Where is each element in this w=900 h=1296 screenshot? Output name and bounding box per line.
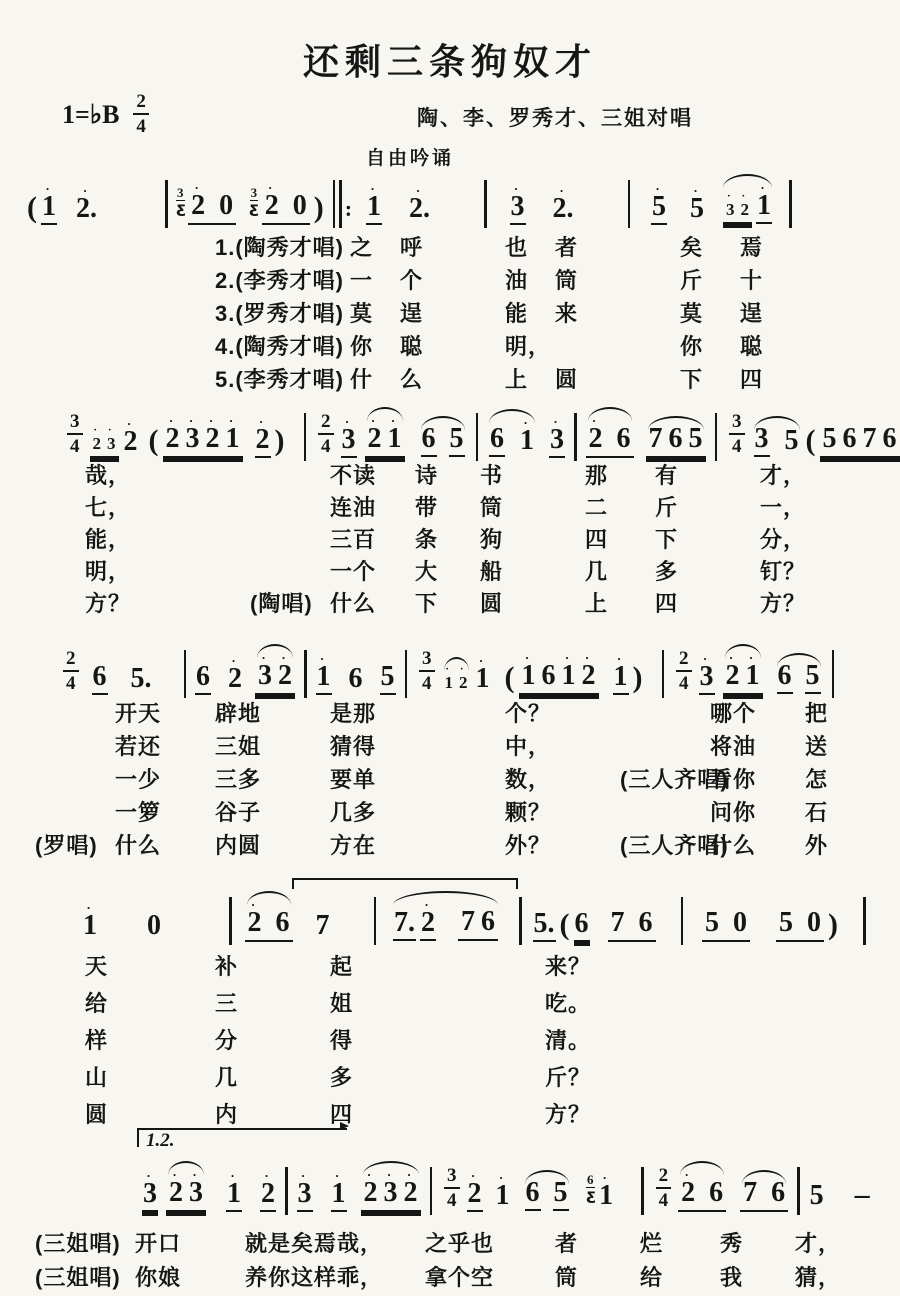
slur-arc: [723, 174, 772, 188]
spacer: [543, 1210, 551, 1211]
spacer: [760, 1208, 768, 1209]
note: ·2: [680, 1170, 696, 1209]
spacer: [155, 694, 177, 695]
lyric-cell: 钉？: [760, 561, 840, 593]
time-sig-bottom: 4: [321, 435, 331, 456]
lyric-cell: 三: [215, 993, 330, 1030]
music-text: ): [275, 426, 285, 456]
note-digit: 2: [190, 192, 206, 222]
note: 6: [480, 908, 496, 938]
spacer: [359, 457, 363, 458]
note-digit: 2: [92, 434, 103, 455]
slur-arc: [754, 416, 800, 430]
note-digit: 3: [510, 193, 526, 225]
note-digit: 1: [521, 662, 537, 692]
note-digit: 2: [725, 662, 741, 692]
lyric-cell: 才，: [795, 1233, 865, 1267]
note: 0: [732, 909, 748, 939]
lyric-cell: 石: [805, 802, 875, 835]
note-group: ·1·2: [442, 666, 471, 695]
lyric-cell: 猜得: [330, 736, 505, 769]
music-glyph: [832, 650, 835, 698]
note-digit: 3: [699, 663, 715, 695]
beam-group: 76: [458, 908, 498, 941]
lyric-cell: 天: [85, 956, 215, 993]
grace-ornament: 6ʒ: [586, 1173, 596, 1203]
note-digit: 1: [745, 662, 761, 692]
note: 7: [862, 425, 878, 455]
time-sig-top: 2: [656, 1166, 672, 1189]
note-group: ·20: [262, 183, 310, 225]
barline: [302, 413, 309, 461]
ornament-hook-icon: ʒ: [176, 201, 186, 216]
time-signature: 34: [67, 412, 83, 456]
note-digit: 1: [495, 1182, 511, 1212]
time-sig-bottom: 4: [659, 1189, 669, 1210]
spacer: [796, 938, 804, 939]
lyric-cell: 莫: [350, 303, 400, 336]
note-digit: 6: [489, 425, 505, 457]
lyric-cell: 斤: [680, 270, 740, 303]
lyric-cell: 1.(陶秀才唱): [215, 237, 350, 270]
note-digit: 2: [277, 662, 293, 692]
note-digit: 2: [260, 1180, 276, 1212]
note: 0: [292, 192, 308, 222]
note-group: ·2·3: [90, 427, 119, 458]
note: ·5: [689, 186, 705, 225]
note: ·2: [190, 183, 206, 222]
music-line: ·10·2677.·2765.(6765050): [80, 882, 873, 942]
note: ·3: [725, 193, 736, 221]
barline: [660, 650, 667, 698]
note-digit: 2: [581, 662, 597, 692]
spacer: [601, 694, 611, 695]
lyric-cell: 哪个: [710, 703, 805, 736]
music-glyph: [165, 180, 168, 228]
lyric-cell: [35, 736, 115, 769]
note-group: ·3·2: [723, 193, 752, 224]
lyric-cell: 给: [85, 993, 215, 1030]
note-digit: 7: [315, 912, 331, 942]
slur-arc: [742, 1170, 786, 1184]
repeat-dots: :: [345, 198, 352, 220]
note-digit: 2: [458, 673, 469, 694]
music-glyph: [304, 413, 307, 461]
slur-arc: [168, 1161, 204, 1175]
note-digit: 1: [598, 1182, 614, 1212]
music-glyph: [797, 1167, 800, 1215]
note: 6: [195, 663, 211, 695]
note-digit: 1: [331, 1180, 347, 1212]
music-text: (: [27, 193, 37, 223]
barline: [517, 897, 524, 945]
note-digit: 5: [380, 663, 396, 695]
barline: [830, 650, 837, 698]
spacer: [485, 1211, 493, 1212]
note: ·2: [255, 417, 271, 458]
note-digit: 2: [367, 425, 383, 455]
music-glyph: [681, 897, 684, 945]
lyric-cell: 方？: [545, 1104, 635, 1141]
music-glyph: [229, 897, 232, 945]
note: ·2: [165, 416, 181, 455]
time-signature: 24: [318, 412, 334, 456]
note: ·1: [226, 1171, 242, 1212]
note: ·2: [168, 1170, 184, 1209]
lyric-cell: 什么: [330, 593, 415, 625]
note-digit: 6: [348, 665, 364, 695]
note-group: ·3·2: [255, 653, 295, 695]
note-group: 5676: [820, 425, 900, 458]
note-digit: 5.: [130, 665, 153, 695]
beam-group: ·3·2·1: [721, 183, 774, 225]
note-digit: 6: [708, 1179, 724, 1209]
lyric-cell: 一箩: [115, 802, 215, 835]
barline: [626, 180, 633, 228]
slur-arc: [777, 653, 821, 667]
lyric-cell: 什么: [115, 835, 215, 868]
music-line: 2465.6·2·3·2·16534·1·2·1(·16·1·2·1)24·3·…: [58, 635, 841, 695]
note-digit: 2: [168, 1179, 184, 1209]
note-digit: 0: [146, 912, 162, 942]
spacer: [698, 1208, 706, 1209]
note-digit: 7: [610, 909, 626, 939]
lyric-cell: 下: [655, 529, 760, 561]
time-sig-bottom: 4: [679, 672, 689, 693]
lyric-cell: 看你: [710, 769, 805, 802]
note: ·1: [475, 656, 491, 695]
lyric-cell: 矣: [680, 237, 740, 270]
note: 5: [778, 909, 794, 939]
spacer: [366, 694, 378, 695]
lyric-cell: 多: [655, 561, 760, 593]
lyric-cell: 问你: [710, 802, 805, 835]
lyric-cell: 逞: [400, 303, 505, 336]
lyric-cell: 几: [585, 561, 655, 593]
note-group: ·2·1: [365, 416, 405, 458]
barline: [182, 650, 189, 698]
spacer: [502, 941, 512, 942]
note-group: 765: [646, 425, 706, 458]
lyric-cell: (罗唱): [35, 835, 115, 868]
barline: [482, 180, 489, 228]
lyric-cell: 什: [350, 369, 400, 402]
lyric-cell: 斤: [655, 497, 760, 529]
lyric-cell: 数，: [505, 769, 620, 802]
note: ·3: [341, 417, 357, 458]
spacer: [334, 694, 346, 695]
note-digit: 5: [809, 1182, 825, 1212]
music-glyph: [339, 180, 342, 228]
grace-ornament: 3ʒ: [249, 186, 259, 216]
note-digit: 2: [247, 909, 263, 939]
note-digit: 1: [366, 193, 382, 225]
note: ·2: [205, 416, 221, 455]
note: ·2: [247, 900, 263, 939]
note: 0: [146, 912, 162, 942]
slur-arc: [257, 644, 293, 658]
note-digit: 5: [704, 909, 720, 939]
note-digit: 3: [383, 1179, 399, 1209]
music-line: 34·2·3·2(·2·3·2·1·2)24·3·2·1656·1·3·2676…: [62, 398, 900, 458]
lyric-cell: [35, 769, 115, 802]
spacer: [494, 224, 508, 225]
barline: [372, 897, 379, 945]
note-group: ·20: [188, 183, 236, 225]
note-digit: 1: [519, 427, 535, 457]
lyric-block: 天补起来？给三姐吃。样分得清。山几多斤？圆内四方？: [85, 956, 635, 1141]
note-digit: 1: [475, 665, 491, 695]
note-digit: 2: [123, 428, 139, 458]
time-sig-top: 2: [63, 649, 79, 672]
lyric-cell: 有: [655, 465, 760, 497]
beam-group: ·26: [245, 900, 293, 942]
note-digit: 2: [264, 192, 280, 222]
note: ·2.: [408, 186, 431, 225]
spacer: [282, 221, 290, 222]
note-digit: 6: [195, 663, 211, 695]
note-group: ·16·1·2: [519, 653, 599, 695]
lyric-cell: (三人齐唱): [620, 835, 710, 868]
note-digit: 2: [740, 200, 751, 221]
spacer: [827, 1211, 853, 1212]
note-digit: 2: [363, 1179, 379, 1209]
lyric-cell: 开口: [135, 1233, 245, 1267]
beam-group: 5676: [820, 425, 900, 458]
note-group: 7.·276: [391, 900, 500, 942]
note-digit: 2: [420, 909, 436, 941]
note-group: 65: [523, 1179, 571, 1212]
note-digit: 0: [806, 909, 822, 939]
beam-group: ·26: [678, 1170, 726, 1212]
lyric-cell: 养你这样乖，: [245, 1267, 425, 1296]
spacer: [616, 1211, 634, 1212]
note-digit: 2: [588, 425, 604, 455]
ornament-hook-icon: ʒ: [249, 201, 259, 216]
spacer: [213, 694, 225, 695]
lyric-cell: 把: [805, 703, 875, 736]
spacer: [315, 1211, 329, 1212]
lyric-cell: 个？: [505, 703, 620, 736]
lyric-cell: 能: [505, 303, 555, 336]
note: 6: [489, 425, 505, 457]
note-digit: 2: [205, 425, 221, 455]
spacer: [507, 456, 517, 457]
spacer: [772, 456, 782, 457]
spacer: [637, 224, 649, 225]
lyric-cell: 清。: [545, 1030, 635, 1067]
spacer: [717, 694, 721, 695]
lyric-cell: 给: [640, 1267, 720, 1296]
note-digit: 3: [106, 434, 117, 455]
time-sig-top: 3: [729, 412, 745, 435]
note-group: 76: [608, 909, 656, 942]
note: ·1: [521, 653, 537, 692]
note: ·1: [598, 1173, 614, 1212]
note-digit: 1: [226, 1180, 242, 1212]
key-text: 1=♭B: [62, 100, 119, 130]
lyric-cell: [620, 736, 710, 769]
time-signature: 34: [444, 1166, 460, 1210]
beam-group: ·26: [586, 416, 634, 458]
lyric-cell: 一个: [330, 561, 415, 593]
lyric-cell: 外？: [505, 835, 620, 868]
lyric-cell: 就是矣焉哉，: [245, 1233, 425, 1267]
note-digit: 6: [638, 909, 654, 939]
lyric-cell: 方？: [85, 593, 250, 625]
lyric-cell: 带: [415, 497, 480, 529]
note-digit: 3: [725, 200, 736, 221]
lyric-block: 1.(陶秀才唱)之呼也者矣焉2.(李秀才唱)一个油筒斤十3.(罗秀才唱)莫逞能来…: [215, 237, 820, 402]
lyric-cell: 者: [555, 237, 680, 270]
lyric-cell: 七，: [85, 497, 250, 529]
lyric-cell: 2.(李秀才唱): [215, 270, 350, 303]
time-signature: 34: [729, 412, 745, 456]
note-digit: 6: [92, 663, 108, 695]
lyric-cell: 是那: [330, 703, 505, 736]
lyric-cell: 5.(李秀才唱): [215, 369, 350, 402]
music-line: ·3·2·3·1·2·3·1·2·3·234·2·1656ʒ·124·26765…: [140, 1152, 900, 1212]
page-title: 还剩三条狗奴才: [0, 34, 900, 85]
lyric-cell: 书: [480, 465, 585, 497]
lyric-cell: 颗？: [505, 802, 620, 835]
spacer: [528, 224, 550, 225]
lyric-cell: 烂: [640, 1233, 720, 1267]
music-glyph: [405, 650, 408, 698]
lyric-cell: 得: [330, 1030, 545, 1067]
score-page: 还剩三条狗奴才 1=♭B 2 4 陶、李、罗秀才、三姐对唱 自由吟诵 1.2. …: [0, 0, 900, 1296]
note: ·3: [510, 184, 526, 225]
note-group: ·26: [678, 1170, 726, 1212]
beam-group: 6·1: [487, 418, 537, 458]
lyric-cell: 三姐: [215, 736, 330, 769]
spacer: [840, 941, 856, 942]
note-digit: 0: [292, 192, 308, 222]
lyric-cell: 焉: [740, 237, 820, 270]
note: 6: [348, 665, 364, 695]
lyric-cell: [555, 336, 680, 369]
note-digit: 6: [842, 425, 858, 455]
music-glyph: [285, 1167, 288, 1215]
note: ·2: [420, 900, 436, 941]
lyric-cell: [250, 465, 330, 497]
music-glyph: [184, 650, 187, 698]
lyric-cell: 诗: [415, 465, 480, 497]
lyric-cell: 补: [215, 956, 330, 993]
note-digit: 6: [574, 910, 590, 942]
note-digit: 3: [185, 425, 201, 455]
lyric-cell: 筒: [555, 270, 680, 303]
spacer: [658, 941, 674, 942]
lyric-cell: 呼: [400, 237, 505, 270]
lyric-cell: 四: [330, 1104, 545, 1141]
lyric-cell: 4.(陶秀才唱): [215, 336, 350, 369]
lyric-cell: 狗: [480, 529, 585, 561]
note: 6: [574, 910, 590, 942]
note: ·2: [740, 193, 751, 221]
lyric-cell: 圆: [555, 369, 680, 402]
lyric-cell: 中，: [505, 736, 620, 769]
barline: [428, 1167, 435, 1215]
note-digit: 6: [275, 909, 291, 939]
note: 5: [784, 427, 800, 457]
lyric-cell: 么: [400, 369, 505, 402]
repeat-barline: :: [331, 180, 353, 228]
music-glyph: [430, 1167, 433, 1215]
lyric-cell: 什么: [710, 835, 805, 868]
lyric-cell: 之乎也: [425, 1233, 555, 1267]
note: ·2: [367, 416, 383, 455]
slur-arc: [444, 657, 469, 671]
slur-arc: [363, 1161, 419, 1175]
note: 7: [315, 912, 331, 942]
spacer: [606, 454, 614, 455]
beam-group: ·3·2: [255, 653, 295, 695]
beam-group: ·2·3: [90, 427, 119, 458]
lyric-cell: (三人齐唱): [620, 769, 710, 802]
note: 6: [616, 425, 632, 455]
note-digit: 1: [225, 425, 241, 455]
octave-dot: ·: [108, 427, 115, 434]
spacer: [407, 457, 417, 458]
note-digit: 2: [467, 1180, 483, 1212]
meter-top: 2: [133, 92, 149, 115]
note: ·2: [581, 653, 597, 692]
time-sig-top: 2: [676, 649, 692, 672]
note: ·1: [519, 418, 535, 457]
lyric-cell: 二: [585, 497, 655, 529]
note-digit: 2: [403, 1179, 419, 1209]
note-group: 65: [775, 662, 823, 695]
lyric-cell: 船: [480, 561, 585, 593]
spacer: [776, 224, 782, 225]
note: ·2: [123, 419, 139, 458]
slur-arc: [680, 1161, 724, 1175]
lyric-cell: [35, 703, 115, 736]
lyric-cell: 也: [505, 237, 555, 270]
spacer: [110, 694, 128, 695]
lyric-cell: 不读: [330, 465, 415, 497]
lyric-cell: (陶唱): [250, 593, 330, 625]
note: ·2: [725, 653, 741, 692]
spacer: [872, 1211, 896, 1212]
lyric-cell: 斤？: [545, 1067, 635, 1104]
lyric-cell: 逞: [740, 303, 820, 336]
spacer: [439, 456, 447, 457]
spacer: [539, 457, 547, 458]
barline: [795, 1167, 802, 1215]
note: ·1: [82, 903, 98, 942]
lyric-cell: 姐: [330, 993, 545, 1030]
note-group: ·2·3·2: [361, 1170, 421, 1212]
time-signature: 24: [656, 1166, 672, 1210]
spacer: [59, 224, 73, 225]
slur-arc: [725, 644, 761, 658]
note-group: 76: [458, 908, 498, 941]
note-digit: 1: [82, 912, 98, 942]
meter-fraction: 2 4: [133, 92, 149, 136]
note-digit: 2: [680, 1179, 696, 1209]
lyric-cell: 多: [330, 1067, 545, 1104]
lyric-cell: [620, 703, 710, 736]
note: ·2: [227, 656, 243, 695]
music-glyph: [715, 413, 718, 461]
note-digit: 3: [297, 1180, 313, 1212]
music-glyph: [519, 897, 522, 945]
spacer: [245, 457, 253, 458]
spacer: [100, 224, 158, 225]
beam-group: 7.·276: [391, 900, 500, 942]
